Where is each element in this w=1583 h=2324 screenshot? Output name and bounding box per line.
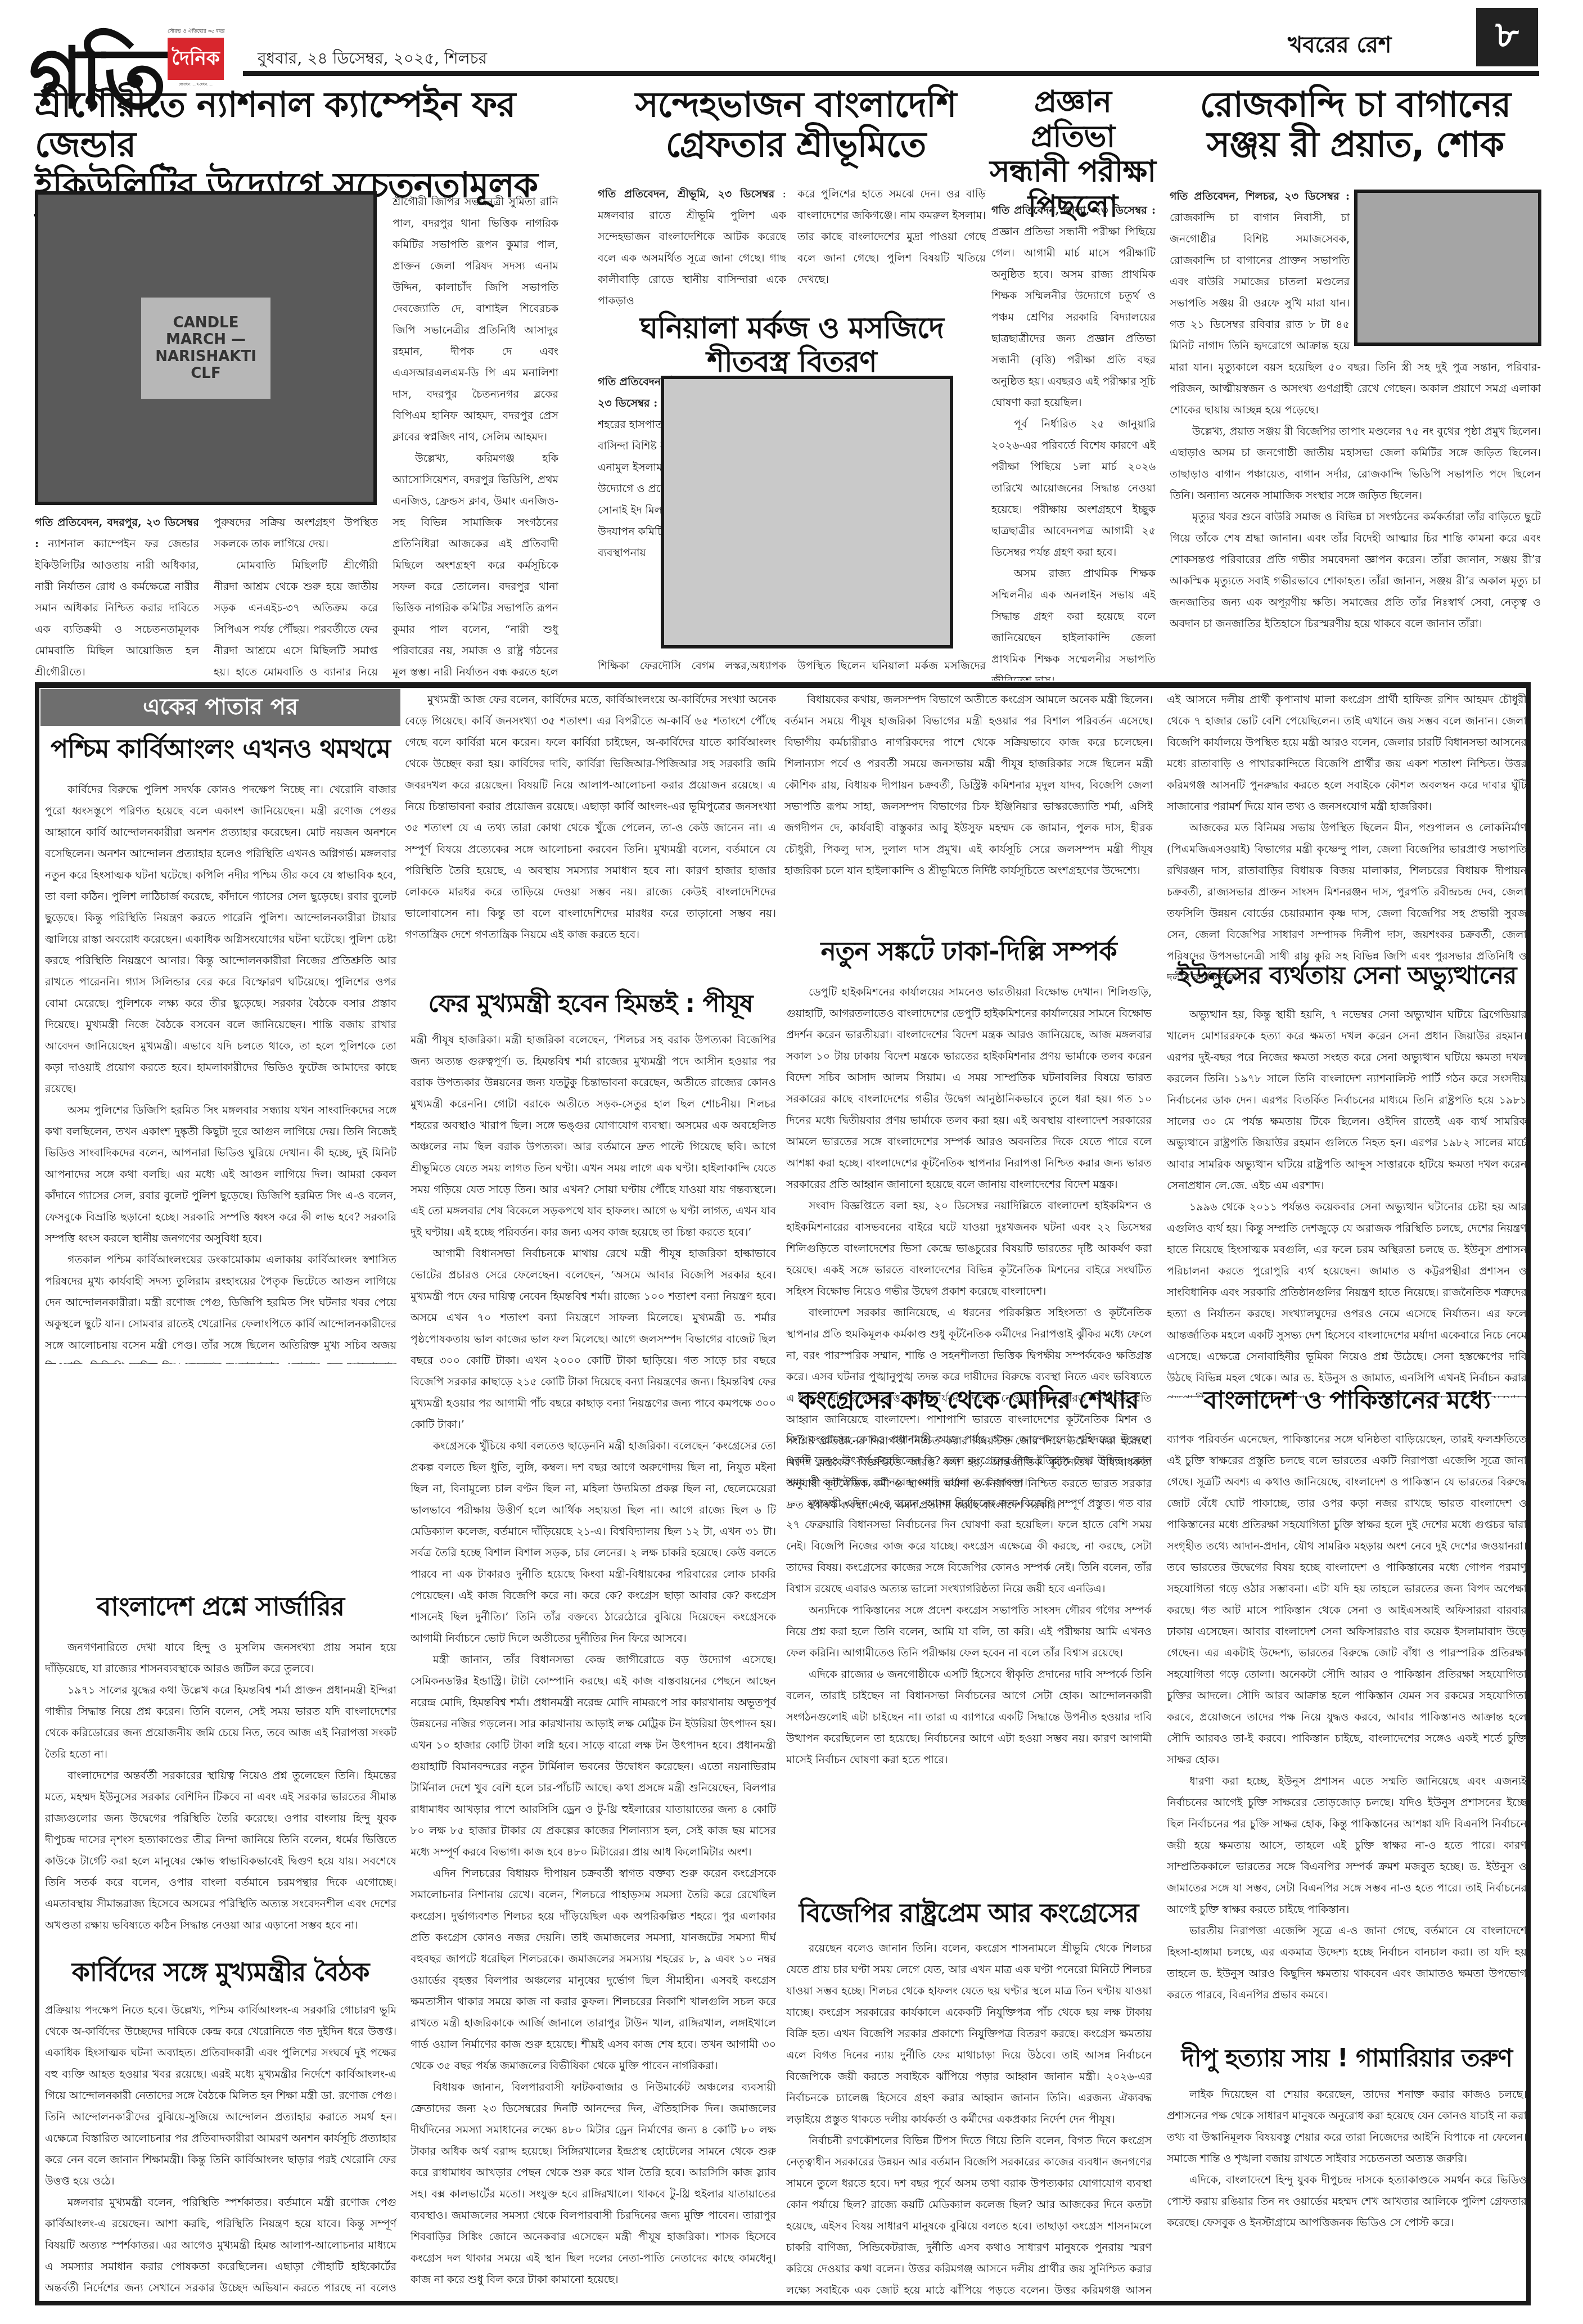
article-body: এই আসনে দলীয় প্রার্থী কৃপানাথ মালা কংগ্… xyxy=(1167,689,1527,1049)
paragraph: অভ্যুত্থান হয়, কিন্তু স্থায়ী হয়নি, ৭ … xyxy=(1167,1004,1527,1196)
issue-dateline: বুধবার, ২৪ ডিসেম্বর, ২০২৫, শিলচর xyxy=(258,46,487,73)
paragraph: মন্ত্রী জানান, তাঁর বিধানসভা কেন্দ্র জাগ… xyxy=(411,1649,776,1863)
headline-dhaka-delhi[interactable]: নতুন সঙ্কটে ঢাকা-দিল্লি সম্পর্ক xyxy=(784,936,1153,966)
headline-sreebhumi[interactable]: সন্দেহভাজন বাংলাদেশি গ্রেফতার শ্রীভূমিতে xyxy=(607,84,984,165)
article-body: কার্বিদের বিরুদ্ধে পুলিশ সদর্থক কোনও পদক… xyxy=(45,779,396,1364)
article-body: গতি প্রতিবেদন, বদরপুর, ২৩ ডিসেম্বর : ন্য… xyxy=(35,512,199,681)
paragraph: এদিকে, বাংলাদেশে হিন্দু যুবক দীপুচন্দ্র … xyxy=(1167,2169,1527,2233)
paragraph: প্রজ্ঞান প্রতিভা সন্ধানী পরীক্ষা পিছিয়ে… xyxy=(991,226,1156,409)
article-body: জনগণনারিতে দেখা যাবে হিন্দু ও মুসলিম জনস… xyxy=(45,1637,396,1954)
paragraph: পুরুষদের সক্রিয় অংশগ্রহণ উপস্থিত সকলকে … xyxy=(214,512,378,555)
paragraph: প্রক্রিয়ায় পদক্ষেপ নিতে হবে। উল্লেখ্য,… xyxy=(45,1999,396,2192)
paragraph: ধারণা করা হচ্ছে, ইউনুস প্রশাসন এতে সম্মত… xyxy=(1167,1771,1527,1920)
paragraph: : মঙ্গলবার রাতে শ্রীভূমি পুলিশ এক সন্দেহ… xyxy=(598,188,786,307)
badge-label: দৈনিক xyxy=(168,38,224,80)
headline-line: সঞ্জয় রী প্রয়াত, শোক xyxy=(1170,124,1541,164)
paragraph: বাংলাদেশের অন্তর্বর্তী সরকারের স্থায়িত্… xyxy=(45,1765,396,1936)
headline-ghaniyala[interactable]: ঘনিয়ালা মর্কজ ও মসজিদে শীতবস্ত্র বিতরণ xyxy=(598,312,986,380)
paragraph: শিক্ষিকা ফেরদৌসি বেগম লস্কর,অধ্যাপক রিনি… xyxy=(598,655,786,681)
paragraph: গতকাল পশ্চিম কার্বিআংলংয়ের ডংকামোকাম এল… xyxy=(45,1249,396,1364)
dateline: গতি প্রতিবেদন, শ্রীভূমি, ২৩ ডিসেম্বর xyxy=(598,188,774,200)
headline-rojkandi[interactable]: রোজকান্দি চা বাগানের সঞ্জয় রী প্রয়াত, … xyxy=(1170,84,1541,165)
article-body: মন্ত্রী পীযূষ হাজরিকা। মন্ত্রী হাজরিকা ব… xyxy=(411,1029,776,2298)
paragraph: কার্বিদের বিরুদ্ধে পুলিশ সদর্থক কোনও পদক… xyxy=(45,779,396,1100)
article-body: প্রক্রিয়ায় পদক্ষেপ নিতে হবে। উল্লেখ্য,… xyxy=(45,1999,396,2298)
paragraph: বিধায়ক জানান, বিলপারবাসী ফাটকবাজার ও নি… xyxy=(411,2077,776,2290)
paragraph: ন্যাশনাল ক্যাম্পেইন ফর জেন্ডার ইকিউলিটির… xyxy=(35,538,199,678)
section-name: খবরের রেশ xyxy=(1288,27,1391,65)
article-body: রয়েছেন বলেও জানান তিনি। বলেন, কংগ্রেস শ… xyxy=(786,1938,1152,2298)
dateline: গতি প্রতিবেদন, শিলচর, ২৩ ডিসেম্বর : xyxy=(1170,190,1350,202)
paragraph: কি? কংগ্রেসের কোনও প্রধানমন্ত্রী আজ পর্য… xyxy=(786,1429,1152,1493)
article-body: বিধায়কের কথায়, জলসম্পদ বিভাগে অতীতে কং… xyxy=(784,689,1153,931)
paragraph: ১৯৯৬ থেকে ২০১১ পর্যন্তও কয়েকবার সেনা অভ… xyxy=(1167,1196,1527,1398)
paragraph: ভারতীয় নিরাপত্তা এজেন্সি সূত্রে এ-ও জান… xyxy=(1167,1920,1527,2006)
paragraph: শ্রীগৌরী জিপির সভানেত্রী সুমিতা রানি পাল… xyxy=(393,191,558,448)
dateline: গতি প্রতিবেদন, লালা, ২৩ ডিসেম্বর : xyxy=(991,204,1156,217)
paragraph: ব্যাপক পরিবর্তন এনেছেন, পাকিস্তানের সঙ্গ… xyxy=(1167,1429,1527,1771)
headline-line: রোজকান্দি চা বাগানের xyxy=(1170,84,1541,124)
article-body: করে পুলিশের হাতে সমঝে দেন। ওর বাড়ি বাংল… xyxy=(797,183,986,313)
headline-bangladesh-pakistan[interactable]: বাংলাদেশ ও পাকিস্তানের মধ্যে xyxy=(1164,1386,1530,1415)
headline-modi[interactable]: কংগ্রেসের কাছ থেকে মোদির শেখার xyxy=(784,1386,1153,1415)
paragraph: নির্বাচনী রণকৌশলের বিভিন্ন টিপস দিতে গিয… xyxy=(786,2130,1152,2298)
paragraph: বিধায়কের কথায়, জলসম্পদ বিভাগে অতীতে কং… xyxy=(784,689,1153,881)
paragraph: সংবাদ বিজ্ঞপ্তিতে বলা হয়, ২০ ডিসেম্বর ন… xyxy=(786,1195,1152,1302)
headline-bjp-congress[interactable]: বিজেপির রাষ্ট্রপ্রেম আর কংগ্রেসের xyxy=(784,1898,1153,1928)
paragraph: মুখ্যমন্ত্রী আজ ফের বলেন, কার্বিদের মতে,… xyxy=(405,689,776,945)
headline-dipu[interactable]: দীপু হত্যায় সায় ! গামারিয়ার তরুণ xyxy=(1164,2044,1530,2073)
continuation-banner: একের পাতার পর xyxy=(40,689,400,726)
headline-line: সন্ধানী পরীক্ষা xyxy=(990,154,1156,189)
paragraph: এদিকে রাজ্যের ৬ জনগোষ্ঠীকে এসটি হিসেবে স… xyxy=(786,1664,1152,1771)
headline-karbi[interactable]: পশ্চিম কার্বিআংলং এখনও থমথমে xyxy=(40,734,400,764)
paragraph: রয়েছেন বলেও জানান তিনি। বলেন, কংগ্রেস শ… xyxy=(786,1938,1152,2130)
article-body: ব্যাপক পরিবর্তন এনেছেন, পাকিস্তানের সঙ্গ… xyxy=(1167,1429,1527,2050)
paragraph: মৃত্যুর খবর শুনে বাউরি সমাজ ও বিভিন্ন চা… xyxy=(1170,506,1541,634)
masthead-rule xyxy=(243,71,1539,76)
article-body: উপস্থিত ছিলেন ঘনিয়ালা মর্কজ মসজিদের সভা… xyxy=(797,655,986,681)
paragraph: উপস্থিত ছিলেন ঘনিয়ালা মর্কজ মসজিদের সভা… xyxy=(797,655,986,681)
paragraph: কংগ্রেসকে খুঁচিয়ে কথা বলতেও ছাড়েননি মন… xyxy=(411,1435,776,1649)
paragraph: মন্ত্রী পীযূষ হাজরিকা। মন্ত্রী হাজরিকা ব… xyxy=(411,1029,776,1243)
article-body: পুরুষদের সক্রিয় অংশগ্রহণ উপস্থিত সকলকে … xyxy=(214,512,378,681)
headline-yunus[interactable]: ইউনুসের ব্যর্থতায় সেনা অভ্যুত্থানের xyxy=(1164,962,1530,990)
badge-tagline: সৌরভ ও ঐতিহ্যের ৩৫ বছর xyxy=(168,27,224,35)
paragraph: উল্লেখ্য, প্রয়াত সঞ্জয় রী বিজেপির তাপা… xyxy=(1170,421,1541,506)
paragraph: আগামী বিধানসভা নির্বাচনকে মাথায় রেখে মন… xyxy=(411,1243,776,1435)
photo-candle-march: CANDLE MARCH — NARISHAKTI CLF xyxy=(35,191,377,505)
headline-line: সন্দেহভাজন বাংলাদেশি xyxy=(607,84,984,124)
article-body: অভ্যুত্থান হয়, কিন্তু স্থায়ী হয়নি, ৭ … xyxy=(1167,1004,1527,1398)
photo-winter-cloth-distribution xyxy=(661,376,953,648)
paragraph: মোমবাতি মিছিলটি শ্রীগৌরী নীরদা আশ্রম থেক… xyxy=(214,555,378,681)
headline-baithak[interactable]: কার্বিদের সঙ্গে মুখ্যমন্ত্রীর বৈঠক xyxy=(40,1957,400,1987)
headline-line: গ্রেফতার শ্রীভূমিতে xyxy=(607,124,984,164)
paragraph: অসম রাজ্য প্রাথমিক শিক্ষক সম্মিলনীর এক অ… xyxy=(991,563,1156,681)
paragraph: অসম পুলিশের ডিজিপি হরমিত সিং মঙ্গলবার সন… xyxy=(45,1100,396,1249)
article-body: গতি প্রতিবেদন, শ্রীভূমি, ২৩ ডিসেম্বর : ম… xyxy=(598,183,786,313)
paragraph: অন্যদিকে পাকিস্তানের সঙ্গে প্রদেশ কংগ্রে… xyxy=(786,1600,1152,1664)
headline-line: প্রজ্ঞান প্রতিভা xyxy=(990,84,1156,154)
paragraph: পূর্ব নির্ধারিত ২৫ জানুয়ারি ২০২৬-এর পরি… xyxy=(991,413,1156,563)
article-body: কি? কংগ্রেসের কোনও প্রধানমন্ত্রী আজ পর্য… xyxy=(786,1429,1152,1918)
paragraph: ডেপুটি হাইকমিশনের কার্যালয়ের সামনেও ভার… xyxy=(786,981,1152,1195)
banner-text: CANDLE MARCH — NARISHAKTI CLF xyxy=(141,298,270,399)
paragraph: এই আসনে দলীয় প্রার্থী কৃপানাথ মালা কংগ্… xyxy=(1167,689,1527,817)
headline-sarjarir[interactable]: বাংলাদেশ প্রশ্নে সার্জারির xyxy=(40,1592,400,1622)
article-body: মুখ্যমন্ত্রী আজ ফের বলেন, কার্বিদের মতে,… xyxy=(405,689,776,996)
paragraph: মুখ্যমন্ত্রী এদিন এ-ও বলেন, আসন্ন নির্বা… xyxy=(786,1493,1152,1600)
paragraph: এদিন শিলচরের বিধায়ক দীপায়ন চক্রবর্তী স… xyxy=(411,1863,776,2077)
paragraph: ১৯৭১ সালের যুদ্ধের কথা উল্লেখ করে হিমন্ত… xyxy=(45,1679,396,1765)
page-number-badge: ৮ xyxy=(1476,8,1538,66)
paragraph: জনগণনারিতে দেখা যাবে হিন্দু ও মুসলিম জনস… xyxy=(45,1637,396,1679)
headline-line: শ্রীগৌরীতে ন্যাশনাল ক্যাম্পেইন ফর জেন্ডা… xyxy=(35,84,603,165)
paragraph: মঙ্গলবার মুখ্যমন্ত্রী বলেন, পরিস্থিতি স্… xyxy=(45,2192,396,2298)
photo-float-spacer xyxy=(1350,186,1541,349)
headline-piyush[interactable]: ফের মুখ্যমন্ত্রী হবেন হিমন্তই : পীযূষ xyxy=(405,990,776,1019)
article-body: শ্রীগৌরী জিপির সভানেত্রী সুমিতা রানি পাল… xyxy=(393,191,558,681)
article-body: লাইক দিয়েছেন বা শেয়ার করেছেন, তাদের শন… xyxy=(1167,2084,1527,2298)
paragraph: লাইক দিয়েছেন বা শেয়ার করেছেন, তাদের শন… xyxy=(1167,2084,1527,2169)
article-body: শিক্ষিকা ফেরদৌসি বেগম লস্কর,অধ্যাপক রিনি… xyxy=(598,655,786,681)
paragraph: উল্লেখ্য, করিমগঞ্জ হকি অ্যাসোসিয়েশন, বদ… xyxy=(393,448,558,681)
paragraph: করে পুলিশের হাতে সমঝে দেন। ওর বাড়ি বাংল… xyxy=(797,183,986,290)
article-body: গতি প্রতিবেদন, লালা, ২৩ ডিসেম্বর : প্রজ্… xyxy=(991,200,1156,681)
article-body: গতি প্রতিবেদন, শিলচর, ২৩ ডিসেম্বর : রোজক… xyxy=(1170,186,1541,681)
